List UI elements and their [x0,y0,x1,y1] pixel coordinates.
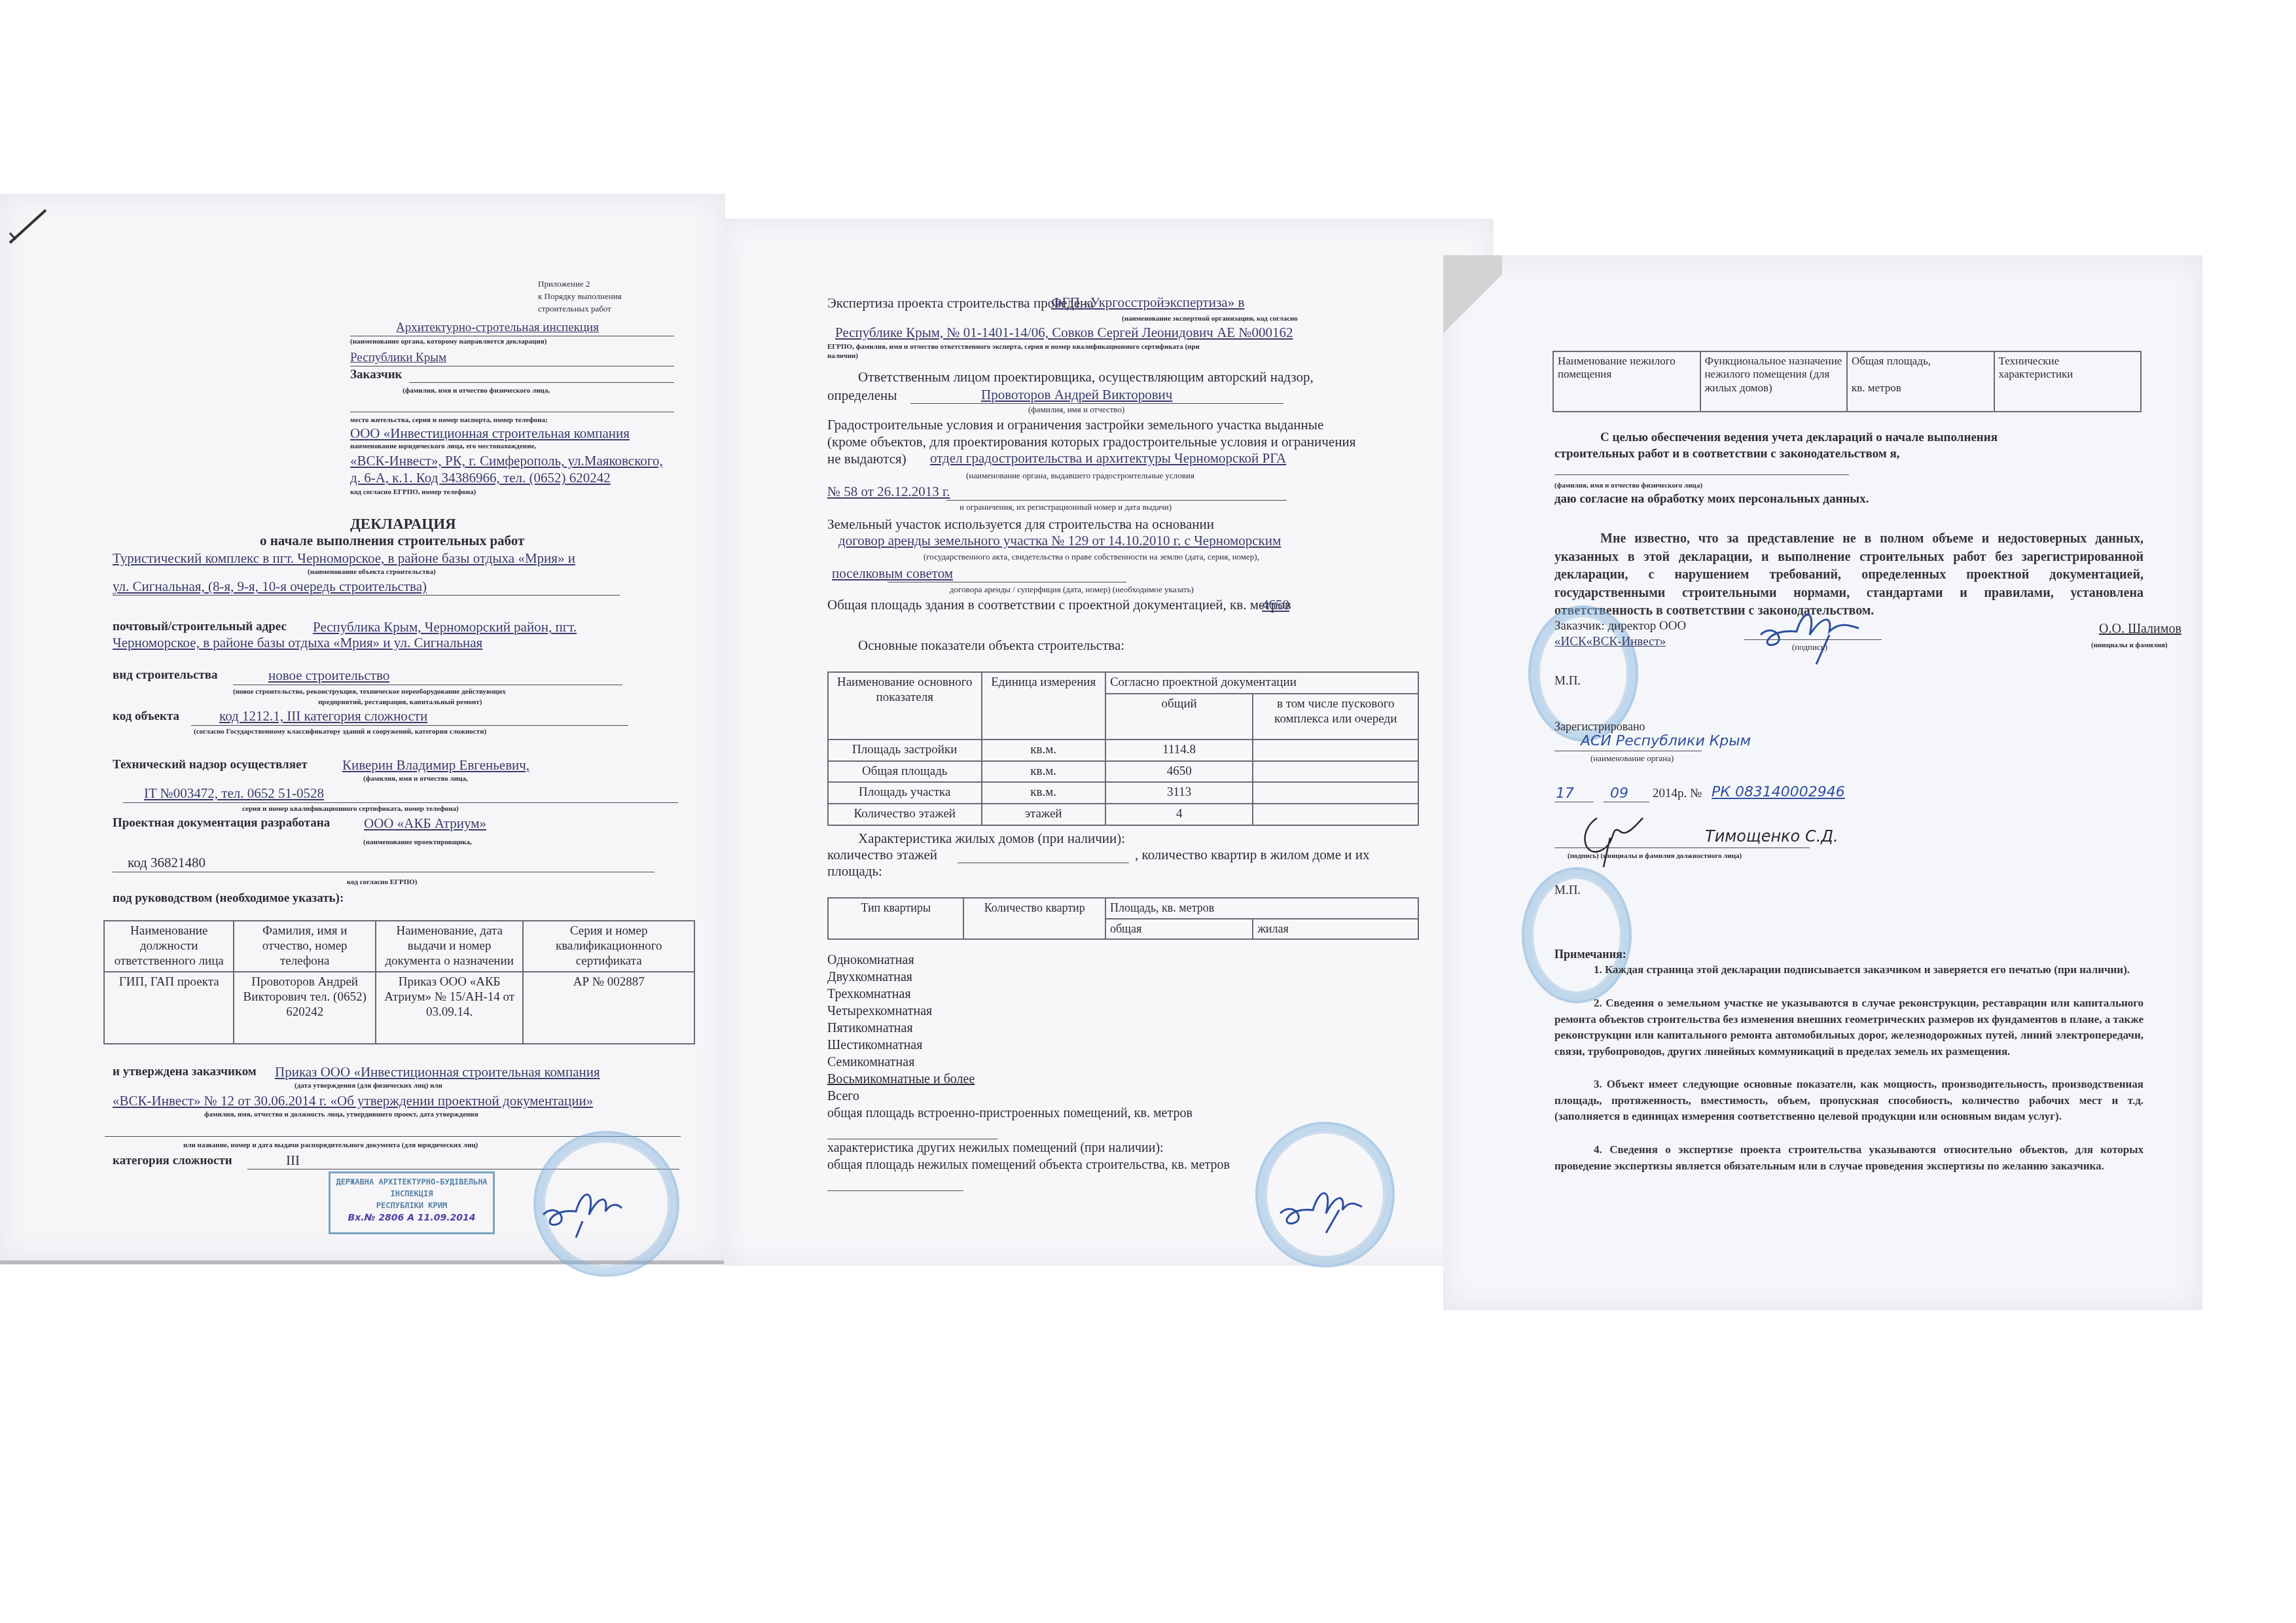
table-header: Площадь, кв. метров [1105,898,1418,919]
registration-day: 17 [1556,785,1574,802]
apartments-table: Тип квартиры Количество квартир Площадь,… [827,897,1419,940]
customer-signature [1751,596,1875,668]
urban-authority: отдел градостроительства и архитектуры Ч… [930,450,1286,466]
consent-caption: (фамилия, имя и отчество физического лиц… [1554,482,1702,490]
table-cell: кв.м. [982,761,1105,783]
list-item: Восьмикомнатные и более [827,1071,1230,1088]
object-code-caption: (согласно Государственному классификатор… [194,728,486,736]
table-row: Площадь участка кв.м. 3113 [828,782,1418,804]
tech-caption-2: серия и номер квалификационного сертифик… [242,805,459,813]
table-cell: 3113 [1105,782,1253,804]
table-cell: АР № 002887 [523,972,694,1044]
table-header: Общая площадь, кв. метров [1847,351,1994,412]
declaration-page-1: Приложение 2 к Порядку выполнения строит… [0,194,725,1264]
responsible-persons-table: Наименование должности ответственного ли… [103,920,695,1044]
residential-title: Характеристика жилых домов (при наличии)… [858,830,1125,846]
notes-title: Примечания: [1554,948,1626,961]
responsible-label: определены [827,387,897,403]
object-code-label: код объекта [113,709,179,724]
construction-kind-caption-2: предприятий, реставрация, капитальный ре… [318,698,482,707]
builtin-area-label: общая площадь встроенно-пристроенных пом… [827,1105,1230,1122]
registered-label: Зарегистрировано [1554,720,1645,734]
land-text: Земельный участок используется для строи… [827,516,1214,532]
address-label: почтовый/строительный адрес [113,620,287,634]
table-header: Согласно проектной документации [1105,672,1418,694]
seal-label: М.П. [1554,674,1581,688]
table-header-row: Наименование нежилого помещения Функцион… [1553,351,2141,412]
customer-code-phone: д. 6-А, к.1. Код 34386966, тел. (0652) 6… [350,470,611,486]
authority-name: Архитектурно-стротельная инспекция [396,321,599,335]
table-row: Площадь застройки кв.м. 1114.8 [828,740,1418,761]
registration-month: 09 [1610,785,1628,802]
list-item: Семикомнатная [827,1054,1230,1071]
land-basis-2: поселковым советом [832,565,953,581]
table-header: Серия и номер квалификационного сертифик… [523,921,694,972]
list-item: Четырехкомнатная [827,1003,1230,1020]
customer-sign-label: Заказчик: директор ООО «ИСК«ВСК-Инвест» [1554,618,1686,650]
declaration-page-3: Наименование нежилого помещения Функцион… [1443,255,2202,1310]
registration-year: 2014р. № [1653,787,1702,801]
check-mark-icon [7,207,52,246]
note-item: 2. Сведения о земельном участке не указы… [1554,995,2144,1060]
table-header: жилая [1253,919,1418,940]
customer-label: Заказчик [350,368,403,382]
responsible-name: Провоторов Андрей Викторович [981,387,1172,402]
other-nonres-label: характеристика других нежилых помещений … [827,1139,1230,1156]
table-header: общая [1105,919,1253,940]
table-row: Общая площадь кв.м. 4650 [828,761,1418,783]
table-header: Наименование нежилого помещения [1553,351,1700,412]
list-item: Двухкомнатная [827,969,1230,986]
tech-supervision-label: Технический надзор осуществляет [113,758,308,772]
official-caption: (подпись) (инициалы и фамилия должностно… [1568,852,1742,861]
table-cell [1253,761,1418,783]
table-header: общий [1105,694,1253,740]
tech-certificate: IT №003472, тел. 0652 51-0528 [144,785,324,801]
table-cell: 4650 [1105,761,1253,783]
approved-order: Приказ ООО «Инвестиционная строительная … [275,1064,600,1080]
responsible-text: Ответственным лицом проектировщика, осущ… [858,369,1314,385]
table-header: Наименование должности ответственного ли… [104,921,234,972]
table-cell: кв.м. [982,740,1105,761]
address-value-2: Черноморское, в районе базы отдыха «Мрия… [113,635,482,651]
approved-order-2: «ВСК-Инвест» № 12 от 30.06.2014 г. «Об у… [113,1093,593,1109]
indicators-table: Наименование основного показателя Единиц… [827,671,1419,826]
folded-corner [1443,255,1502,353]
note-item: 1. Каждая страница этой декларации подпи… [1554,962,2144,978]
object-name-2: ул. Сигнальная, (8-я, 9-я, 10-я очередь … [113,579,427,594]
table-header: Единица измерения [982,672,1105,740]
table-cell [1253,740,1418,761]
table-cell: Провоторов Андрей Викторович тел. (0652)… [234,972,375,1044]
responsible-caption: (фамилия, имя и отчество) [1028,405,1124,415]
table-cell: кв.м. [982,782,1105,804]
urban-text-2: (кроме объектов, для проектирования кото… [827,434,1355,450]
expertise-caption: (наименование экспертной организации, ко… [1122,315,1298,323]
complexity-label: категория сложности [113,1154,232,1168]
address-value: Республика Крым, Черноморский район, пгт… [313,619,577,635]
table-cell: 1114.8 [1105,740,1253,761]
table-header-row: Наименование основного показателя Единиц… [828,672,1418,694]
approved-label: и утверждена заказчиком [113,1065,257,1079]
table-cell [1253,804,1418,825]
customer-signature [1274,1174,1372,1240]
note-item: 3. Объект имеет следующие основные показ… [1554,1077,2144,1125]
registration-number: РК 083140002946 [1712,784,1845,800]
apartment-types-list: Однокомнатная Двухкомнатная Трехкомнатна… [827,952,1230,1191]
official-signature [1571,805,1662,870]
customer-company: ООО «Инвестиционная строительная компани… [350,425,630,441]
approved-caption-2: фамилия, имя, отчество и должность лица,… [204,1111,478,1119]
table-cell: Приказ ООО «АКБ Атриум» № 15/АН-14 от 03… [376,972,524,1044]
registered-org: АСИ Республики Крым [1581,733,1751,749]
table-header: Количество квартир [963,898,1105,939]
table-header: Технические характеристики [1994,351,2142,412]
expertise-details: Республике Крым, № 01-1401-14/06, Совков… [835,325,1293,340]
floors-label: количество этажей [827,847,937,863]
official-name: Тимощенко С.Д. [1705,828,1839,846]
builtin-area-blank [827,1122,997,1139]
appendix-note: Приложение 2 к Порядку выполнения строит… [538,277,622,315]
declaration-page-2: Экспертиза проекта строительства проведе… [724,219,1494,1266]
table-cell: 4 [1105,804,1253,825]
urban-text-1: Градостроительные условия и ограничения … [827,417,1323,433]
declaration-title: ДЕКЛАРАЦИЯ [350,516,456,533]
table-header: Тип квартиры [828,898,963,939]
design-label: Проектная документация разработана [113,816,330,830]
urban-caption: (наименование органа, выдавшего градостр… [966,471,1194,481]
table-header: Наименование основного показателя [828,672,982,740]
urban-number: № 58 от 26.12.2013 г. [827,484,950,499]
expertise-org: ФГП «Укргосстройэкспертиза» в [1051,294,1244,310]
design-caption-2: код согласно ЕГРПО) [347,878,417,887]
design-caption: (наименование проектировщика, [363,838,472,847]
object-caption: (наименование объекта строительства) [308,568,436,577]
design-code: код 36821480 [128,855,206,870]
registered-org-caption: (наименование органа) [1590,754,1674,764]
signer-name: О.О. Шалимов [2099,622,2181,637]
design-company: ООО «АКБ Атриум» [364,815,486,831]
customer-address: «ВСК-Инвест», РК, г. Симферополь, ул.Мая… [350,453,663,469]
construction-kind-value: новое строительство [268,668,389,683]
tech-supervision-value: Киверин Владимир Евгеньевич, [342,757,529,773]
table-header: Наименование, дата выдачи и номер докуме… [376,921,524,972]
table-cell: Площадь участка [828,782,982,804]
table-cell: Общая площадь [828,761,982,783]
customer-caption-4: код согласно ЕГРПО, номер телефона) [350,488,476,497]
table-header: в том числе пускового комплекса или очер… [1253,694,1418,740]
table-cell: Площадь застройки [828,740,982,761]
customer-caption-2: место жительства, серия и номер паспорта… [350,416,548,425]
table-cell [1253,782,1418,804]
authority-caption: (наименование органа, которому направляе… [350,338,547,346]
construction-kind-label: вид строительства [113,668,218,683]
seal-label-2: М.П. [1554,883,1581,898]
construction-kind-caption: (новое строительство, реконструкция, тех… [233,688,506,696]
consent-text-2: строительных работ и в соответствии с за… [1554,447,1900,461]
consent-text-3: даю согласие на обработку моих персональ… [1554,492,1869,507]
list-item: Всего [827,1088,1230,1105]
note-item: 4. Сведения о экспертизе проекта строите… [1554,1142,2144,1174]
consent-text-1: С целью обеспечения ведения учета деклар… [1600,431,1998,445]
supervision-label: под руководством (необходимое указать): [113,891,344,906]
signer-caption: (инициалы и фамилия) [2091,641,2168,650]
declaration-subtitle: о начале выполнения строительных работ [260,533,524,548]
customer-caption-3: наименование юридического лица, его мест… [350,442,536,451]
object-code-value: код 1212.1, III категория сложности [219,708,427,724]
land-caption-2: договора аренды / суперфиция (дата, номе… [950,585,1194,595]
table-cell: этажей [982,804,1105,825]
table-row: Количество этажей этажей 4 [828,804,1418,825]
nonres-area-label: общая площадь нежилых помещений объекта … [827,1156,1230,1173]
customer-caption: (фамилия, имя и отчество физического лиц… [403,387,550,395]
object-name: Туристический комплекс в пгт. Черноморск… [113,550,575,566]
land-caption: (государственного акта, свидетельства о … [924,552,1259,562]
table-cell: ГИП, ГАП проекта [104,972,234,1044]
nonresidential-table: Наименование нежилого помещения Функцион… [1552,351,2142,412]
table-row: ГИП, ГАП проекта Провоторов Андрей Викто… [104,972,694,1044]
nonres-area-blank [827,1173,963,1191]
list-item: Пятикомнатная [827,1020,1230,1037]
total-area-value: 4650 [1262,597,1289,613]
table-header: Функциональное назначение нежилого помещ… [1700,351,1848,412]
tech-caption: (фамилия, имя и отчество лица, [363,775,468,783]
approved-caption: (дата утверждения (для физических лиц) и… [295,1082,442,1090]
authority-region: Республики Крым [350,351,446,365]
expertise-caption-2: ЕГРПО, фамилия, имя и отчество ответстве… [827,343,1200,351]
expertise-caption-3: наличии) [827,352,858,361]
land-basis: договор аренды земельного участка № 129 … [838,533,1281,548]
approved-caption-3: или название, номер и дата выдачи распор… [183,1141,478,1150]
complexity-value: III [286,1152,300,1168]
table-header: Фамилия, имя и отчество, номер телефона [234,921,375,972]
indicators-title: Основные показатели объекта строительств… [858,637,1124,653]
table-header-row: Тип квартиры Количество квартир Площадь,… [828,898,1418,919]
apartments-label: , количество квартир в жилом доме и их [1135,847,1369,863]
apartments-label-2: площадь: [827,863,882,879]
registration-rect-stamp: ДЕРЖАВНА АРХІТЕКТУРНО-БУДІВЕЛЬНА ІНСПЕКЦ… [329,1171,495,1234]
table-header-row: Наименование должности ответственного ли… [104,921,694,972]
table-cell: Количество этажей [828,804,982,825]
list-item: Однокомнатная [827,952,1230,969]
customer-signature [537,1175,628,1241]
urban-text-3: не выдаются) [827,451,906,467]
list-item: Трехкомнатная [827,986,1230,1003]
total-area-label: Общая площадь здания в соответствии с пр… [827,597,1291,613]
list-item: Шестикомнатная [827,1037,1230,1054]
urban-caption-2: и ограничения, их регистрационный номер … [960,503,1172,512]
